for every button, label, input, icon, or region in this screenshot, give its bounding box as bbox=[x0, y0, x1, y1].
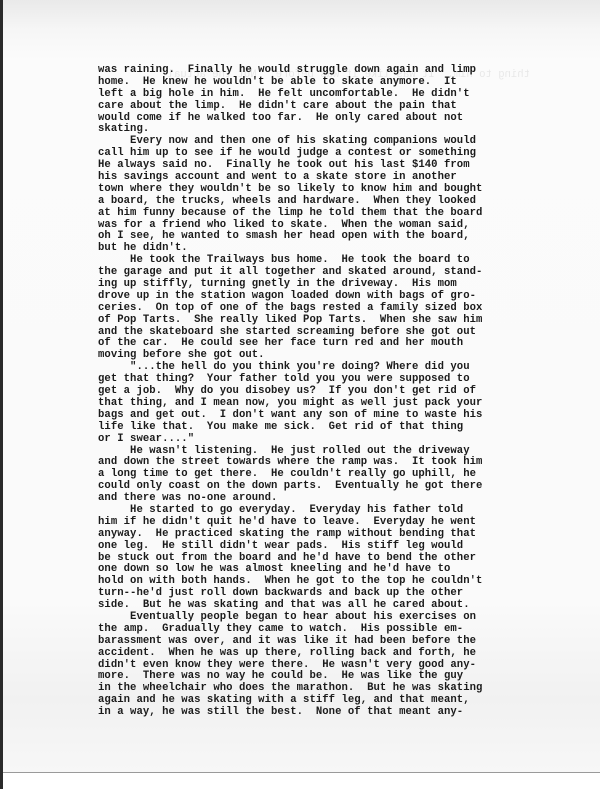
text-line: at him funny because of the limp he told… bbox=[98, 208, 538, 220]
paper-page: thing to him. It was like it was before.… bbox=[0, 0, 600, 773]
text-line: care about the limp. He didn't care abou… bbox=[98, 101, 538, 113]
scan-left-border bbox=[0, 0, 3, 789]
text-line: would come if he walked too far. He only… bbox=[98, 113, 538, 125]
text-line: a board, the trucks, wheels and hardware… bbox=[98, 196, 538, 208]
text-line: accident. When he was up there, rolling … bbox=[98, 648, 538, 660]
text-line: town where they wouldn't be so likely to… bbox=[98, 184, 538, 196]
text-line: anyway. He practiced skating the ramp wi… bbox=[98, 529, 538, 541]
text-line: one leg. He still didn't wear pads. His … bbox=[98, 541, 538, 553]
text-line: in a way, he was still the best. None of… bbox=[98, 707, 538, 719]
text-line: barassment was over, and it was like it … bbox=[98, 636, 538, 648]
text-line: life like that. You make me sick. Get ri… bbox=[98, 422, 538, 434]
text-line: left a big hole in him. He felt uncomfor… bbox=[98, 89, 538, 101]
text-line: him if he didn't quit he'd have to leave… bbox=[98, 517, 538, 529]
text-line: the amp. Gradually they came to watch. H… bbox=[98, 624, 538, 636]
typewritten-body: was raining. Finally he would struggle d… bbox=[98, 65, 538, 719]
text-line: or I swear...." bbox=[98, 434, 538, 446]
text-line: bags and get out. I don't want any son o… bbox=[98, 410, 538, 422]
text-line: home. He knew he wouldn't be able to ska… bbox=[98, 77, 538, 89]
text-line: ceries. On top of one of the bags rested… bbox=[98, 303, 538, 315]
text-line: of Pop Tarts. She really liked Pop Tarts… bbox=[98, 315, 538, 327]
